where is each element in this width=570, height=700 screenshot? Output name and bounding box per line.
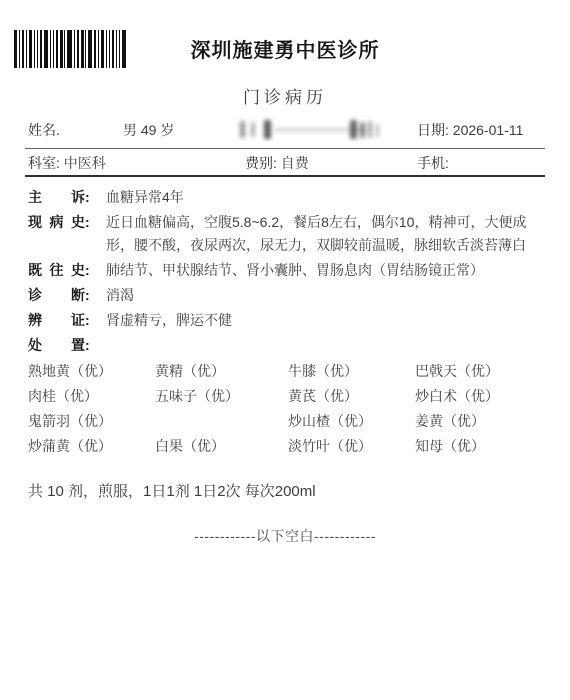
- section-syndrome: 辨证: 肾虚精亏，脾运不健: [28, 309, 542, 332]
- usage-instructions: 共 10 剂，煎服，1日1剂 1日2次 每次200ml: [28, 480, 542, 501]
- fee-type-label: 费别:: [245, 155, 277, 171]
- gender-age: 男 49 岁: [123, 112, 174, 149]
- rx-item: 炒蒲黄（优）: [28, 434, 155, 459]
- section-label: 现病史: [28, 211, 85, 234]
- prescription-grid: 熟地黄（优） 黄精（优） 牛膝（优） 巴戟天（优） 肉桂（优） 五味子（优） 黄…: [28, 359, 542, 459]
- section-content: [98, 334, 542, 357]
- rx-item: 知母（优）: [415, 434, 542, 459]
- rx-item: 淡竹叶（优）: [288, 434, 415, 459]
- medical-record-page: 深圳施建勇中医诊所 门诊病历 姓名. 男 49 岁 日期: 2026-01-11…: [0, 0, 570, 700]
- clinic-name: 深圳施建勇中医诊所: [0, 34, 570, 63]
- section-label: 主诉: [28, 186, 85, 209]
- section-chief-complaint: 主诉: 血糖异常4年: [28, 186, 542, 209]
- department-value: 中医科: [64, 155, 106, 171]
- phone-label: 手机:: [417, 149, 449, 177]
- rx-item: 鬼箭羽（优）: [28, 409, 155, 434]
- date-label: 日期:: [417, 122, 449, 138]
- rx-item: 炒山楂（优）: [288, 409, 415, 434]
- section-disposition: 处置:: [28, 334, 542, 357]
- rx-item: 黄芪（优）: [288, 384, 415, 409]
- patient-info-row-2: 科室: 中医科 费别: 自费 手机:: [25, 149, 545, 177]
- section-present-illness: 现病史: 近日血糖偏高，空腹5.8~6.2，餐后8左右，偶尔10，精神可，大便成…: [28, 211, 542, 257]
- rx-item: 牛膝（优）: [288, 359, 415, 384]
- department-label: 科室:: [28, 155, 60, 171]
- rx-item: 黄精（优）: [155, 359, 288, 384]
- section-label: 辨证: [28, 309, 85, 332]
- rx-item: 炒白术（优）: [415, 384, 542, 409]
- section-content: 消渴: [98, 284, 542, 307]
- section-label: 既往史: [28, 259, 85, 282]
- section-label: 诊断: [28, 284, 85, 307]
- end-of-record-marker: ------------以下空白------------: [0, 526, 570, 546]
- rx-item: 姜黄（优）: [415, 409, 542, 434]
- section-label: 处置: [28, 334, 85, 357]
- fee-type-field: 费别: 自费: [245, 149, 309, 177]
- department-field: 科室: 中医科: [28, 149, 106, 177]
- record-sections: 主诉: 血糖异常4年 现病史: 近日血糖偏高，空腹5.8~6.2，餐后8左右，偶…: [28, 186, 542, 357]
- rx-item: 肉桂（优）: [28, 384, 155, 409]
- rx-item: 巴戟天（优）: [415, 359, 542, 384]
- rx-item-empty: [155, 409, 288, 434]
- fee-type-value: 自费: [281, 155, 309, 171]
- name-label: 姓名.: [28, 112, 60, 149]
- rx-item: 白果（优）: [155, 434, 288, 459]
- section-content: 肾虚精亏，脾运不健: [98, 309, 542, 332]
- patient-info-row-1: 姓名. 男 49 岁 日期: 2026-01-11: [25, 112, 545, 149]
- date-field: 日期: 2026-01-11: [417, 112, 523, 149]
- rx-item: 五味子（优）: [155, 384, 288, 409]
- header: 深圳施建勇中医诊所 门诊病历: [0, 0, 570, 112]
- rx-item: 熟地黄（优）: [28, 359, 155, 384]
- section-past-history: 既往史: 肺结节、甲状腺结节、肾小囊肿、胃肠息肉（胃结肠镜正常）: [28, 259, 542, 282]
- section-content: 血糖异常4年: [98, 186, 542, 209]
- document-title: 门诊病历: [0, 83, 570, 108]
- redacted-id: [238, 118, 388, 143]
- section-content: 近日血糖偏高，空腹5.8~6.2，餐后8左右，偶尔10，精神可，大便成形，腰不酸…: [98, 211, 542, 257]
- section-diagnosis: 诊断: 消渴: [28, 284, 542, 307]
- date-value: 2026-01-11: [453, 122, 524, 138]
- section-content: 肺结节、甲状腺结节、肾小囊肿、胃肠息肉（胃结肠镜正常）: [98, 259, 542, 282]
